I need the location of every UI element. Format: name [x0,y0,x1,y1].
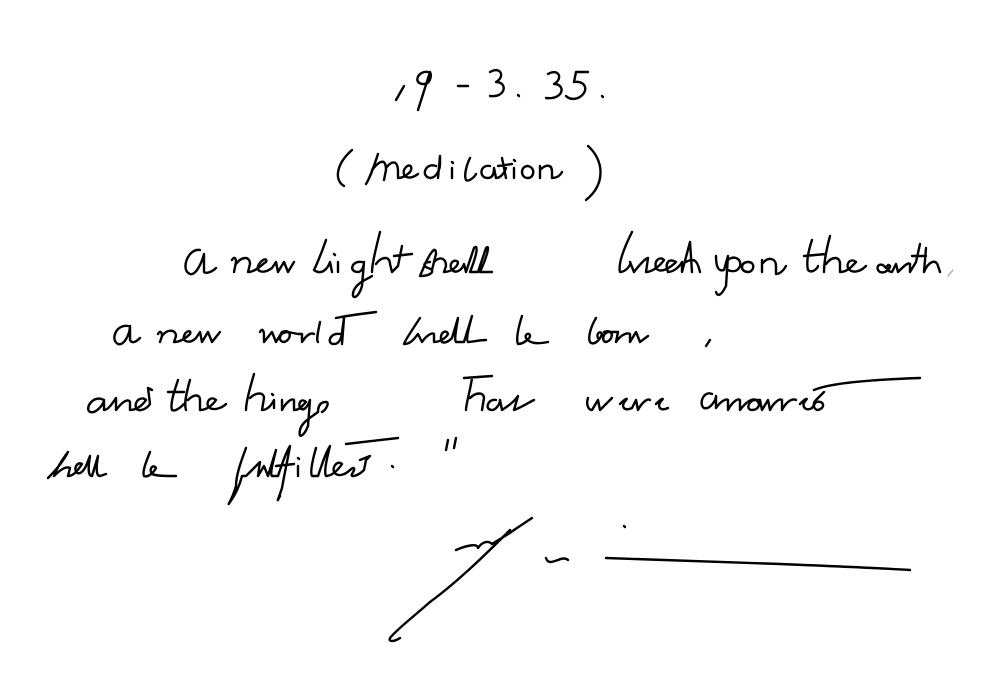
note-heading: (Meditation) [335,148,537,186]
note-line-1: A new light shall break upon the earth [180,232,884,273]
handwritten-page: 19-3.35. (Meditation) A new light shall … [0,0,990,679]
signature: M —— [460,520,574,560]
note-line-3: And the things that were announced [88,380,718,420]
note-line-4: shall be fulfilled.” [40,440,345,480]
note-line-2: a new world shall be born, [108,316,566,356]
note-date: 19-3.35. [395,58,536,98]
